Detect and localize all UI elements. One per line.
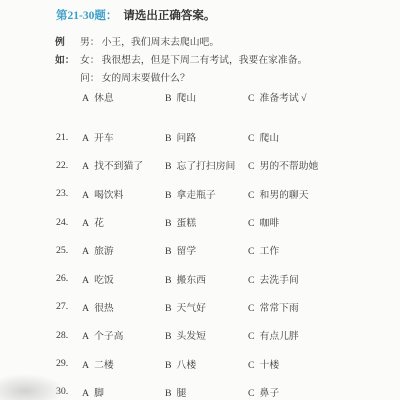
option-c: C咖啡 [248, 215, 400, 229]
option-letter: A [82, 360, 89, 371]
option-letter: B [165, 275, 172, 286]
example-block: 例如： 男：小王，我们周末去爬山吧。 女：我很想去，但是下周二有考试，我要在家准… [55, 34, 307, 88]
option-text: 拿走瓶子 [177, 190, 216, 201]
option-c: C十楼 [248, 357, 400, 371]
option-letter: A [82, 161, 89, 172]
section-header: 第21-30题：请选出正确答案。 [56, 7, 215, 23]
option-text: 去洗手间 [260, 275, 299, 286]
option-c: C工作 [248, 243, 400, 257]
option-a: A个子高 [82, 328, 165, 342]
dialogue-line: 男：小王，我们周末去爬山吧。 [80, 34, 307, 52]
option-text: 花 [94, 218, 104, 229]
option-b: B搬东西 [165, 272, 248, 286]
question-number: 22. [56, 160, 82, 171]
option-c: C去洗手间 [248, 272, 400, 286]
option-letter: B [165, 218, 172, 229]
option-text: 腿 [177, 388, 187, 399]
option-a: A二楼 [82, 357, 165, 371]
option-b: B头发短 [165, 328, 248, 342]
option-letter: B [165, 303, 172, 314]
question-row-30: 30. A脚 B腿 C鼻子 [0, 378, 400, 400]
option-c: C和男的聊天 [248, 187, 400, 201]
option-letter: C [248, 133, 255, 144]
question-list: 21. A开车 B问路 C爬山 22. A找不到猫了 B忘了打扫房间 C男的不帮… [0, 123, 400, 400]
example-option-a: A休息 [82, 90, 165, 104]
option-text: 工作 [260, 246, 280, 257]
option-text: 爬山 [260, 133, 280, 144]
option-text: 天气好 [177, 303, 206, 314]
option-text: 个子高 [94, 331, 123, 342]
option-letter: C [248, 303, 255, 314]
option-letter: A [82, 133, 89, 144]
speaker-label: 女： [80, 55, 100, 66]
question-row-28: 28. A个子高 B头发短 C有点儿胖 [0, 321, 400, 349]
test-paper-page: 第21-30题：请选出正确答案。 例如： 男：小王，我们周末去爬山吧。 女：我很… [0, 0, 400, 400]
question-row-25: 25. A旅游 B留学 C工作 [0, 236, 400, 264]
option-c: C常常下雨 [248, 300, 400, 314]
option-text: 准备考试 √ [260, 93, 307, 104]
option-text: 有点儿胖 [260, 331, 299, 342]
option-a: A找不到猫了 [82, 158, 165, 172]
option-letter: C [248, 161, 255, 172]
option-text: 蛋糕 [177, 218, 197, 229]
question-number: 23. [56, 188, 82, 199]
question-row-29: 29. A二楼 B八楼 C十楼 [0, 349, 400, 377]
question-number: 24. [56, 217, 82, 228]
question-row-24: 24. A花 B蛋糕 C咖啡 [0, 208, 400, 236]
option-b: B天气好 [165, 300, 248, 314]
question-number: 27. [56, 301, 82, 312]
option-letter: B [165, 360, 172, 371]
question-row-23: 23. A喝饮料 B拿走瓶子 C和男的聊天 [0, 180, 400, 208]
option-a: A开车 [82, 130, 165, 144]
dialogue-line: 问：女的周末要做什么？ [80, 70, 307, 88]
option-letter: C [248, 275, 255, 286]
option-letter: B [165, 331, 172, 342]
option-letter: C [248, 190, 255, 201]
option-text: 爬山 [177, 93, 197, 104]
option-letter: A [82, 93, 89, 104]
option-a: A很热 [82, 300, 165, 314]
question-row-22: 22. A找不到猫了 B忘了打扫房间 C男的不帮助她 [0, 151, 400, 179]
option-letter: C [248, 331, 255, 342]
option-text: 和男的聊天 [260, 190, 309, 201]
option-text: 很热 [94, 303, 114, 314]
example-options-row: A休息 B爬山 C准备考试 √ [0, 90, 307, 104]
option-text: 忘了打扫房间 [177, 161, 236, 172]
option-text: 问路 [177, 133, 197, 144]
option-text: 八楼 [177, 360, 197, 371]
option-letter: B [165, 93, 172, 104]
example-label: 例如： [55, 34, 80, 88]
option-b: B蛋糕 [165, 215, 248, 229]
option-text: 搬东西 [177, 275, 206, 286]
dialogue-line: 女：我很想去，但是下周二有考试，我要在家准备。 [80, 52, 307, 70]
question-number: 26. [56, 273, 82, 284]
question-row-27: 27. A很热 B天气好 C常常下雨 [0, 293, 400, 321]
option-letter: A [82, 303, 89, 314]
option-letter: A [82, 246, 89, 257]
option-a: A喝饮料 [82, 187, 165, 201]
option-b: B留学 [165, 243, 248, 257]
question-range-label: 第21-30题： [56, 10, 117, 22]
option-b: B拿走瓶子 [165, 187, 248, 201]
dialogue-text: 女的周末要做什么？ [102, 73, 190, 84]
option-text: 休息 [94, 93, 114, 104]
option-letter: A [82, 388, 89, 399]
option-text: 找不到猫了 [94, 161, 143, 172]
option-c: C有点儿胖 [248, 328, 400, 342]
question-number: 25. [56, 245, 82, 256]
option-letter: B [165, 133, 172, 144]
option-letter: B [165, 161, 172, 172]
dialogue-text: 我很想去，但是下周二有考试，我要在家准备。 [102, 55, 308, 66]
option-letter: C [248, 246, 255, 257]
question-row-21: 21. A开车 B问路 C爬山 [0, 123, 400, 151]
option-text: 旅游 [94, 246, 114, 257]
example-option-c-correct: C准备考试 √ [248, 90, 307, 104]
option-b: B忘了打扫房间 [165, 158, 248, 172]
option-letter: C [248, 93, 255, 104]
option-text: 吃饭 [94, 275, 114, 286]
option-text: 喝饮料 [94, 190, 123, 201]
option-letter: C [248, 388, 255, 399]
option-a: A吃饭 [82, 272, 165, 286]
option-letter: A [82, 218, 89, 229]
option-text: 开车 [94, 133, 114, 144]
option-text: 十楼 [260, 360, 280, 371]
question-number: 28. [56, 330, 82, 341]
option-b: B腿 [165, 385, 248, 399]
option-a: A花 [82, 215, 165, 229]
option-letter: A [82, 275, 89, 286]
option-b: B问路 [165, 130, 248, 144]
example-dialogue: 男：小王，我们周末去爬山吧。 女：我很想去，但是下周二有考试，我要在家准备。 问… [80, 34, 307, 88]
option-letter: A [82, 331, 89, 342]
option-text: 二楼 [94, 360, 114, 371]
example-option-b: B爬山 [165, 90, 248, 104]
option-text: 男的不帮助她 [260, 161, 319, 172]
option-letter: B [165, 246, 172, 257]
option-letter: B [165, 388, 172, 399]
option-text: 鼻子 [260, 388, 280, 399]
option-text: 常常下雨 [260, 303, 299, 314]
option-c: C爬山 [248, 130, 400, 144]
option-letter: A [82, 190, 89, 201]
section-instruction: 请选出正确答案。 [123, 10, 215, 22]
option-text: 咖啡 [260, 218, 280, 229]
option-a: A旅游 [82, 243, 165, 257]
option-b: B八楼 [165, 357, 248, 371]
option-text: 脚 [94, 388, 104, 399]
question-number: 21. [56, 132, 82, 143]
option-c: C男的不帮助她 [248, 158, 400, 172]
question-number: 30. [56, 386, 82, 397]
speaker-label: 问： [80, 73, 100, 84]
speaker-label: 男： [80, 37, 100, 48]
option-letter: C [248, 218, 255, 229]
question-number: 29. [56, 358, 82, 369]
option-letter: C [248, 360, 255, 371]
option-a: A脚 [82, 385, 165, 399]
option-letter: B [165, 190, 172, 201]
question-row-26: 26. A吃饭 B搬东西 C去洗手间 [0, 264, 400, 292]
option-c: C鼻子 [248, 385, 400, 399]
option-text: 留学 [177, 246, 197, 257]
dialogue-text: 小王，我们周末去爬山吧。 [102, 37, 220, 48]
option-text: 头发短 [177, 331, 206, 342]
